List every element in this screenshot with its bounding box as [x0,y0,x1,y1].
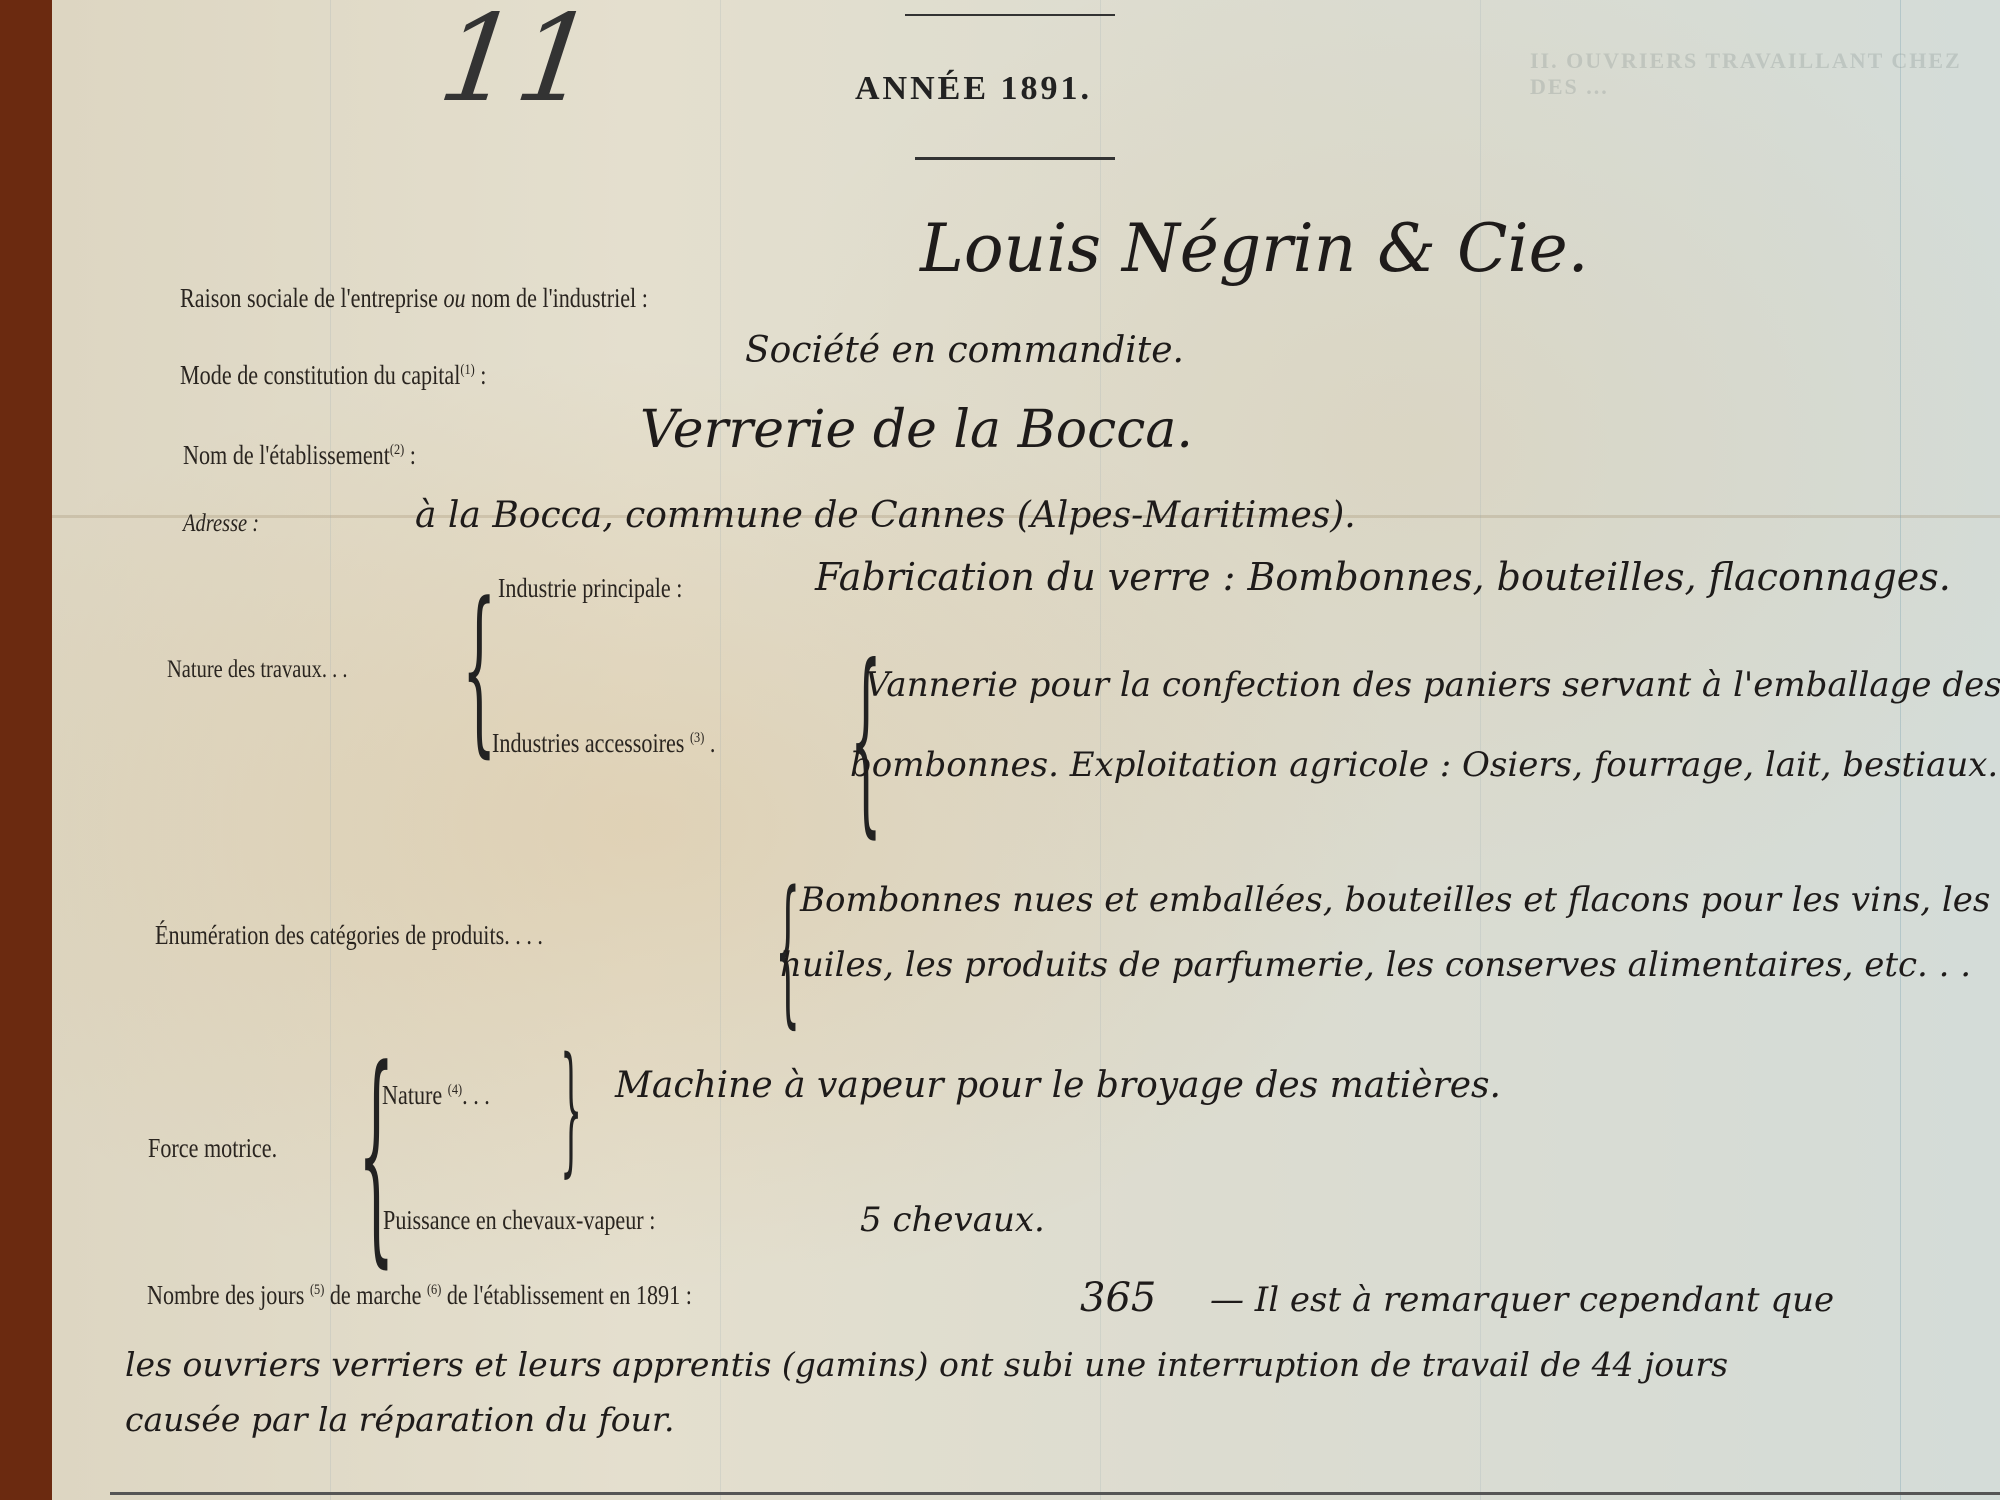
field-label-categories-produits: Énumération des catégories de produits. … [155,920,543,951]
show-through-text: II. OUVRIERS TRAVAILLANT CHEZ DES ... [1530,48,2000,100]
field-label-mode-constitution: Mode de constitution du capital(1) : [180,360,486,391]
field-value-categories-line1: Bombonnes nues et emballées, bouteilles … [800,880,1990,920]
title-underline [915,157,1115,160]
field-value-industries-accessoires-line2: bombonnes. Exploitation agricole : Osier… [850,745,1998,785]
field-value-adresse: à la Bocca, commune de Cannes (Alpes-Mar… [415,495,1356,536]
field-label-force-nature: Nature (4). . . [382,1080,490,1111]
remark-line2: les ouvriers verriers et leurs apprentis… [125,1345,1728,1384]
field-value-nom-etablissement: Verrerie de la Bocca. [640,400,1193,460]
field-label-nombre-jours: Nombre des jours (5) de marche (6) de l'… [147,1280,692,1311]
field-value-industries-accessoires-line1: Vannerie pour la confection des paniers … [865,665,2000,705]
top-rule [905,14,1115,16]
field-label-raison-sociale: Raison sociale de l'entreprise ou nom de… [180,283,648,314]
page-title: ANNÉE 1891. [855,70,1092,108]
field-value-mode-constitution: Société en commandite. [745,330,1184,371]
remark-line3: causée par la réparation du four. [125,1400,675,1439]
field-label-nom-etablissement: Nom de l'établissement(2) : [183,440,416,471]
field-label-industries-accessoires: Industries accessoires (3) . [492,728,715,759]
field-label-adresse: Adresse : [183,510,259,538]
field-value-force-nature: Machine à vapeur pour le broyage des mat… [615,1065,1501,1106]
field-value-industrie-principale: Fabrication du verre : Bombonnes, boutei… [815,555,1951,599]
ruled-line [720,0,721,1500]
field-label-industrie-principale: Industrie principale : [498,573,682,604]
bottom-rule [110,1492,2000,1495]
brace-icon: } [560,1040,582,1180]
field-label-nature-travaux: Nature des travaux. . . [167,656,347,684]
field-value-puissance: 5 chevaux. [860,1200,1045,1240]
ruled-line [330,0,331,1500]
field-value-categories-line2: huiles, les produits de parfumerie, les … [780,945,1971,985]
remark-line1: — Il est à remarquer cependant que [1210,1280,1834,1320]
field-value-nombre-jours: 365 [1080,1275,1156,1321]
field-label-force-motrice: Force motrice. [148,1133,277,1164]
field-value-raison-sociale: Louis Négrin & Cie. [920,210,1589,287]
field-label-puissance: Puissance en chevaux-vapeur : [383,1205,655,1236]
